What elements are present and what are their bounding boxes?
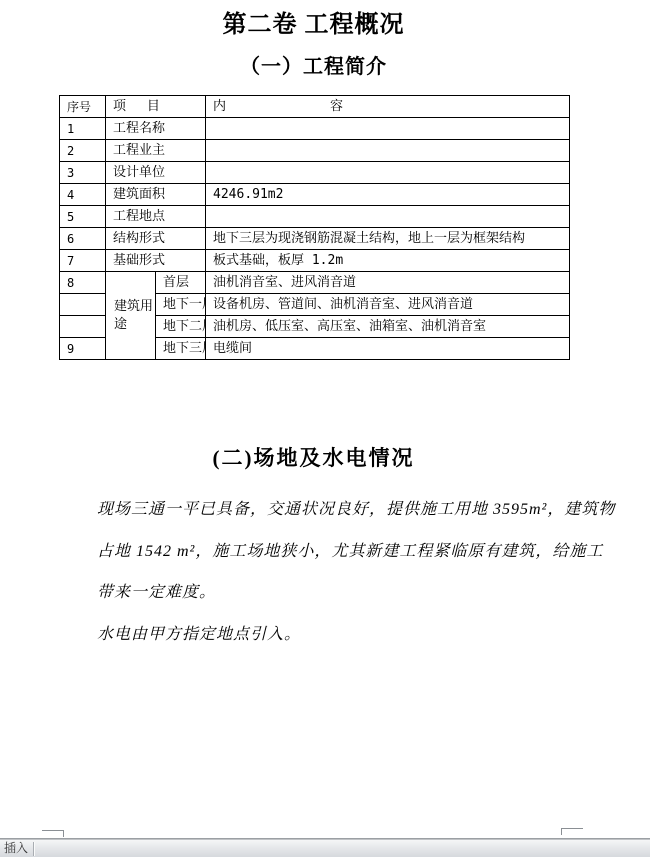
seq-cell: 2 (60, 140, 106, 162)
table-row: 8 建筑用途 首层 油机消音室、进风消音道 (60, 272, 570, 294)
item-cell: 结构形式 (106, 228, 206, 250)
item-cell: 工程业主 (106, 140, 206, 162)
usage-label-cell: 建筑用途 (106, 272, 156, 360)
item-cell: 建筑面积 (106, 184, 206, 206)
floor-cell: 首层 (156, 272, 206, 294)
table-row: 5 工程地点 (60, 206, 570, 228)
table-row: 3 设计单位 (60, 162, 570, 184)
seq-cell: 1 (60, 118, 106, 140)
seq-cell: 3 (60, 162, 106, 184)
seq-cell: 6 (60, 228, 106, 250)
status-bar-separator (33, 842, 34, 856)
seq-cell: 4 (60, 184, 106, 206)
seq-cell: 7 (60, 250, 106, 272)
floor-cell: 地下一层 (156, 294, 206, 316)
header-cell-item: 项 目 (106, 96, 206, 118)
content-cell: 设备机房、管道间、油机消音室、进风消音道 (206, 294, 570, 316)
seq-cell (60, 316, 106, 338)
paragraph-line: 现场三通一平已具备，交通状况良好，提供施工用地 3595m²，建筑物 (97, 489, 569, 531)
item-cell: 工程地点 (106, 206, 206, 228)
content-cell (206, 162, 570, 184)
insert-mode-indicator[interactable]: 插入 (4, 840, 28, 857)
status-bar: 插入 (0, 839, 650, 857)
floor-cell: 地下三层 (156, 338, 206, 360)
page-corner-mark-left (42, 830, 64, 837)
page-corner-mark-right (561, 828, 583, 835)
document-page: 第二卷 工程概况 （一）工程简介 序号 项 目 内 容 1 工程名称 2 工程业… (0, 0, 650, 839)
content-cell: 油机消音室、进风消音道 (206, 272, 570, 294)
table-header-row: 序号 项 目 内 容 (60, 96, 570, 118)
content-cell (206, 206, 570, 228)
header-cell-seq: 序号 (60, 96, 106, 118)
paragraph-line: 带来一定难度。 (97, 572, 569, 614)
table-row: 7 基础形式 板式基础，板厚 1.2m (60, 250, 570, 272)
content-cell (206, 140, 570, 162)
section2-paragraph: 现场三通一平已具备，交通状况良好，提供施工用地 3595m²，建筑物 占地 15… (97, 489, 569, 655)
section1-heading: （一）工程简介 (59, 55, 568, 79)
content-cell: 板式基础，板厚 1.2m (206, 250, 570, 272)
seq-cell: 5 (60, 206, 106, 228)
section2-heading: (二)场地及水电情况 (59, 445, 568, 471)
seq-cell (60, 294, 106, 316)
table-row: 4 建筑面积 4246.91m2 (60, 184, 570, 206)
header-cell-content: 内 容 (206, 96, 570, 118)
content-cell: 电缆间 (206, 338, 570, 360)
table-row: 6 结构形式 地下三层为现浇钢筋混凝土结构，地上一层为框架结构 (60, 228, 570, 250)
table-row: 2 工程业主 (60, 140, 570, 162)
project-info-table: 序号 项 目 内 容 1 工程名称 2 工程业主 3 设计单位 4 建筑面积 4… (59, 95, 570, 360)
document-title: 第二卷 工程概况 (59, 11, 568, 39)
content-cell: 4246.91m2 (206, 184, 570, 206)
floor-cell: 地下二层 (156, 316, 206, 338)
item-cell: 基础形式 (106, 250, 206, 272)
paragraph-line: 水电由甲方指定地点引入。 (97, 614, 569, 656)
seq-cell: 9 (60, 338, 106, 360)
table-row: 1 工程名称 (60, 118, 570, 140)
seq-cell: 8 (60, 272, 106, 294)
content-cell: 地下三层为现浇钢筋混凝土结构，地上一层为框架结构 (206, 228, 570, 250)
content-cell: 油机房、低压室、高压室、油箱室、油机消音室 (206, 316, 570, 338)
item-cell: 工程名称 (106, 118, 206, 140)
content-cell (206, 118, 570, 140)
item-cell: 设计单位 (106, 162, 206, 184)
paragraph-line: 占地 1542 m²，施工场地狭小，尤其新建工程紧临原有建筑，给施工 (97, 531, 569, 573)
